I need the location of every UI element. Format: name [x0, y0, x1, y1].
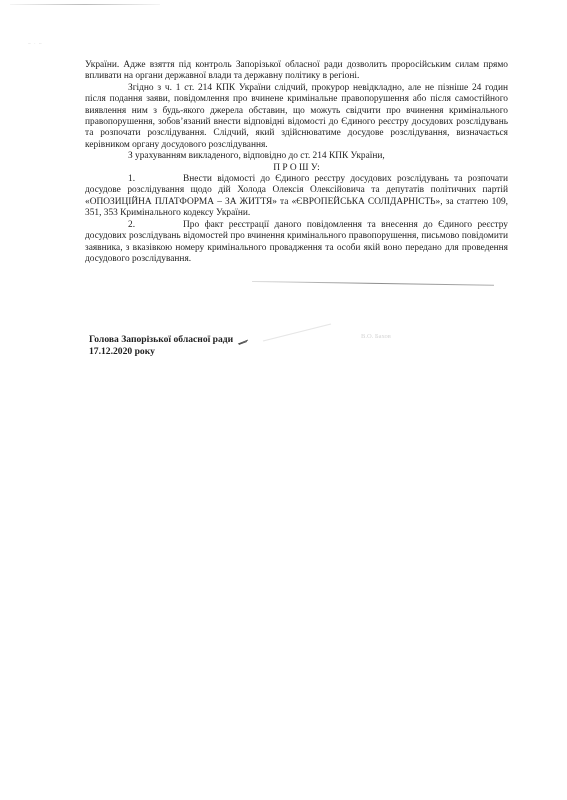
signature-stroke-icon — [237, 339, 249, 345]
request-item-1: 1.Внести відомості до Єдиного реєстру до… — [85, 174, 508, 220]
scan-artifact-line — [10, 4, 160, 5]
signature-block: Голова Запорізької обласної ради 17.12.2… — [89, 334, 233, 357]
separator-line — [252, 281, 494, 286]
document-body: України. Адже взяття під контроль Запорі… — [85, 60, 508, 265]
paragraph-considering: З урахуванням викладеного, відповідно до… — [85, 151, 508, 162]
request-heading: П Р О Ш У: — [85, 163, 508, 174]
request-item-2: 2.Про факт реєстрації даного повідомленн… — [85, 220, 508, 266]
request-number: 2. — [128, 220, 183, 231]
signatory-title: Голова Запорізької обласної ради — [89, 334, 233, 346]
faint-signatory-name: В.О. Бахов — [361, 333, 391, 340]
scan-artifact-mark: ~ · ~ — [28, 42, 43, 47]
request-number: 1. — [128, 174, 183, 185]
paragraph-intro: України. Адже взяття під контроль Запорі… — [85, 60, 508, 83]
signature-date: 17.12.2020 року — [89, 346, 233, 358]
faint-signature-line — [263, 324, 331, 342]
paragraph-legal-basis: Згідно з ч. 1 ст. 214 КПК України слідчи… — [85, 83, 508, 151]
